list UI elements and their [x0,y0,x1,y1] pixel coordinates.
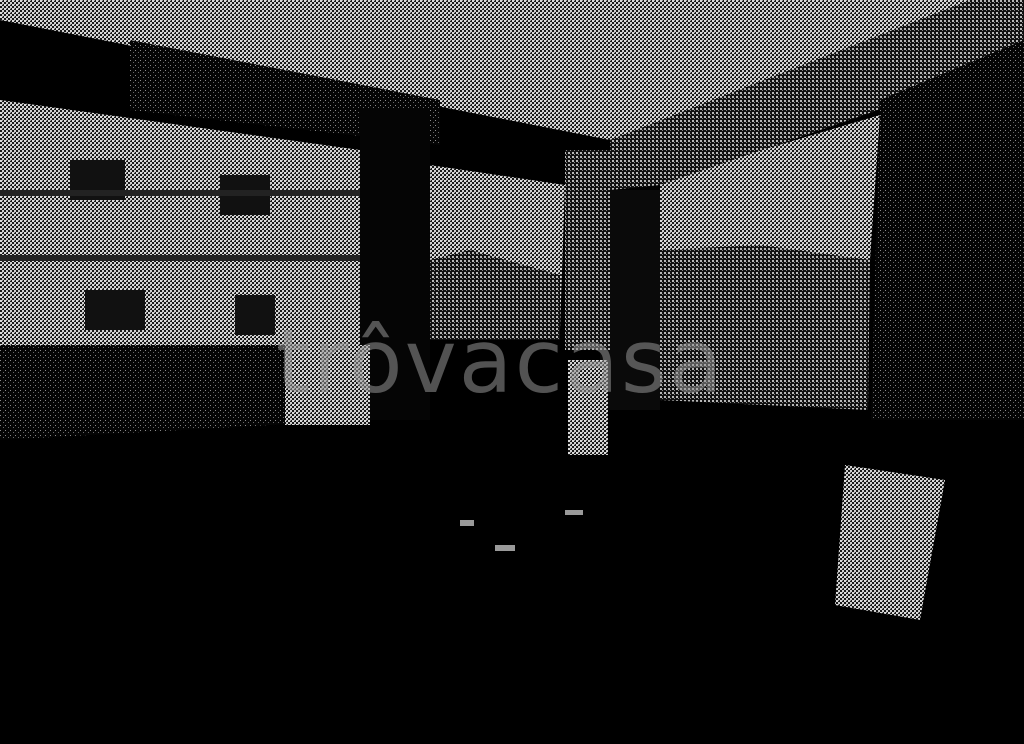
rubble-post [568,360,608,455]
column-left [360,110,430,420]
rubble-block [285,345,370,425]
right-town [660,245,870,410]
building-interior-photo [0,0,1024,744]
photo-canvas: trôvacasa [0,0,1024,744]
pillar-light [565,150,610,350]
column-right [870,40,1024,480]
